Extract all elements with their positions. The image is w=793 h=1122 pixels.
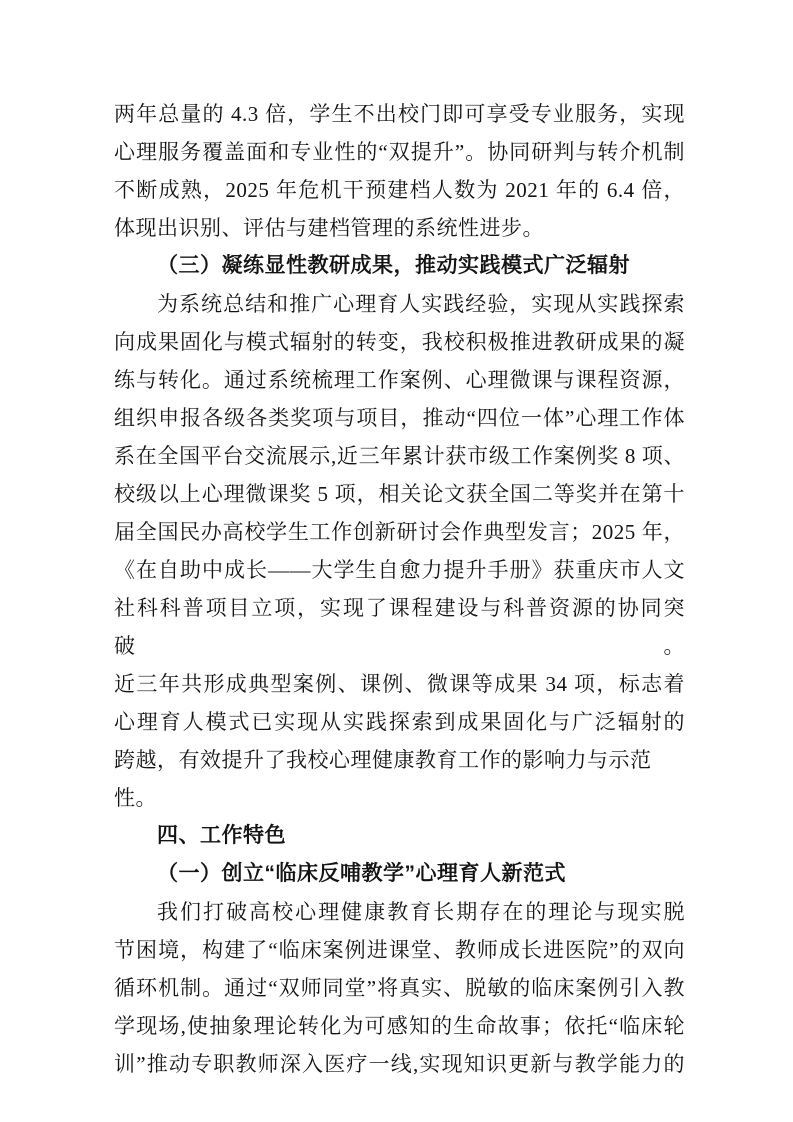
text-line: 我们打破高校心理健康教育长期存在的理论与现实脱 bbox=[114, 893, 685, 931]
text-line: 为系统总结和推广心理育人实践经验，实现从实践探索 bbox=[114, 285, 685, 323]
text-line: 训”推动专职教师深入医疗一线,实现知识更新与教学能力的 bbox=[114, 1045, 685, 1083]
text-line: 社科科普项目立项，实现了课程建设与科普资源的协同突破。 bbox=[114, 589, 685, 665]
text-line: 循环机制。通过“双师同堂”将真实、脱敏的临床案例引入教 bbox=[114, 969, 685, 1007]
text-line: 心理育人模式已实现从实践探索到成果固化与广泛辐射的 bbox=[114, 703, 685, 741]
document-page: 两年总量的 4.3 倍，学生不出校门即可享受专业服务，实现心理服务覆盖面和专业性… bbox=[0, 0, 793, 1122]
text-line: 近三年共形成典型案例、课例、微课等成果 34 项，标志着 bbox=[114, 665, 685, 703]
text-line: 校级以上心理微课奖 5 项，相关论文获全国二等奖并在第十 bbox=[114, 475, 685, 513]
text-line: 组织申报各级各类奖项与项目，推动“四位一体”心理工作体 bbox=[114, 399, 685, 437]
document-text-block: 两年总量的 4.3 倍，学生不出校门即可享受专业服务，实现心理服务覆盖面和专业性… bbox=[114, 95, 685, 1083]
text-line: 不断成熟，2025 年危机干预建档人数为 2021 年的 6.4 倍， bbox=[114, 171, 685, 209]
text-line: 节困境，构建了“临床案例进课堂、教师成长进医院”的双向 bbox=[114, 931, 685, 969]
heading-line: 四、工作特色 bbox=[114, 817, 685, 855]
text-line: 《在自助中成长——大学生自愈力提升手册》获重庆市人文 bbox=[114, 551, 685, 589]
text-line: 向成果固化与模式辐射的转变，我校积极推进教研成果的凝 bbox=[114, 323, 685, 361]
heading-line: （三）凝练显性教研成果，推动实践模式广泛辐射 bbox=[114, 247, 685, 285]
text-line: 练与转化。通过系统梳理工作案例、心理微课与课程资源， bbox=[114, 361, 685, 399]
text-line: 学现场,使抽象理论转化为可感知的生命故事；依托“临床轮 bbox=[114, 1007, 685, 1045]
text-line: 跨越，有效提升了我校心理健康教育工作的影响力与示范性。 bbox=[114, 741, 685, 817]
text-line: 心理服务覆盖面和专业性的“双提升”。协同研判与转介机制 bbox=[114, 133, 685, 171]
text-line: 体现出识别、评估与建档管理的系统性进步。 bbox=[114, 209, 685, 247]
heading-line: （一）创立“临床反哺教学”心理育人新范式 bbox=[114, 855, 685, 893]
text-line: 两年总量的 4.3 倍，学生不出校门即可享受专业服务，实现 bbox=[114, 95, 685, 133]
text-line: 届全国民办高校学生工作创新研讨会作典型发言；2025 年， bbox=[114, 513, 685, 551]
text-line: 系在全国平台交流展示,近三年累计获市级工作案例奖 8 项、 bbox=[114, 437, 685, 475]
